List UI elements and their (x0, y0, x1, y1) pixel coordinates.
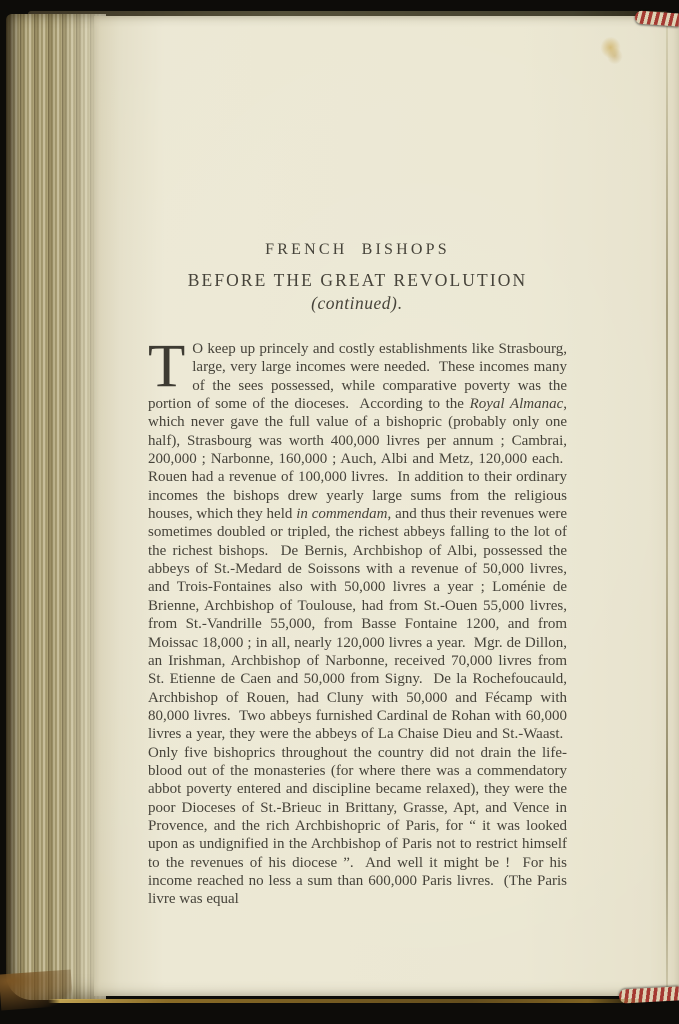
body-paragraph-segments: O keep up princely and costly establishm… (148, 341, 567, 907)
book-page-edges (6, 14, 106, 1000)
body-paragraph: TO keep up princely and costly establish… (148, 340, 567, 909)
heading-line2-continued: (continued) (311, 293, 397, 313)
book-cover-edge (48, 999, 648, 1003)
drop-cap: T (148, 340, 192, 395)
paper-stain (598, 34, 626, 68)
heading-line2-prefix: BEFORE THE GREAT REVOLUTION (188, 270, 527, 290)
page-gutter-crease (666, 24, 668, 990)
book-cover-corner (0, 970, 73, 1011)
body-text-italic-run: Royal Almanac (470, 396, 564, 412)
scanned-book-photo: FRENCH BISHOPS BEFORE THE GREAT REVOLUTI… (0, 0, 679, 1024)
body-text-run: , which never gave the full value of a b… (148, 396, 567, 522)
body-text-italic-run: in commendam (296, 506, 387, 522)
body-text-run: , and thus their revenues were sometimes… (148, 506, 567, 907)
page-heading-line1: FRENCH BISHOPS (148, 240, 567, 260)
heading-line2-period: . (397, 293, 403, 313)
page-heading-line2: BEFORE THE GREAT REVOLUTION (continued). (148, 269, 567, 315)
page-content: FRENCH BISHOPS BEFORE THE GREAT REVOLUTI… (148, 240, 567, 924)
